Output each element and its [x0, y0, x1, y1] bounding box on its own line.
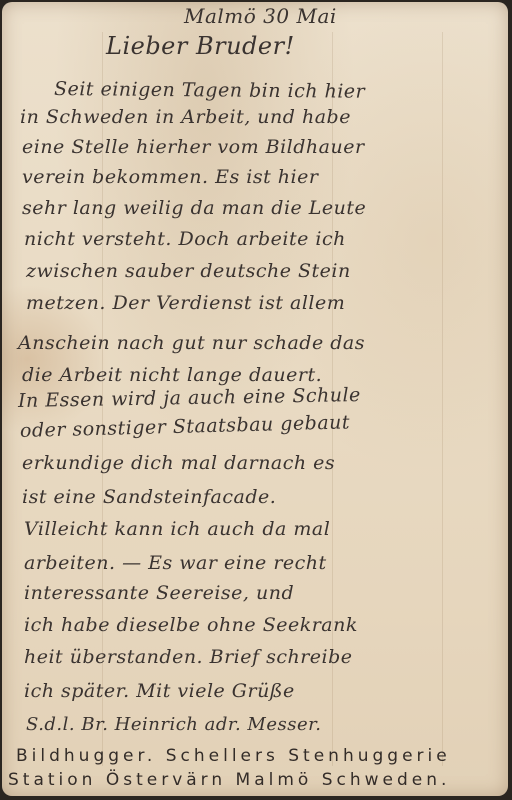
address-line: Bildhugger. Schellers Stenhuggerie [16, 746, 451, 766]
body-line: Seit einigen Tagen bin ich hier [54, 78, 365, 103]
body-line: interessante Seereise, und [24, 582, 294, 604]
body-line: ist eine Sandsteinfacade. [22, 486, 276, 508]
place-date: Malmö 30 Mai [184, 4, 337, 28]
body-line: nicht versteht. Doch arbeite ich [24, 228, 346, 250]
body-line: heit überstanden. Brief schreibe [24, 646, 353, 668]
address-line: Station Östervärn Malmö Schweden. [8, 770, 450, 790]
body-line: in Schweden in Arbeit, und habe [20, 106, 351, 128]
signature-line: S.d.l. Br. Heinrich adr. Messer. [26, 714, 322, 735]
body-line: ich habe dieselbe ohne Seekrank [24, 614, 358, 636]
body-line: ich später. Mit viele Grüße [24, 680, 295, 702]
body-line: arbeiten. — Es war eine recht [24, 552, 327, 574]
body-line: sehr lang weilig da man die Leute [22, 197, 366, 219]
body-line: Villeicht kann ich auch da mal [24, 518, 330, 540]
body-line: zwischen sauber deutsche Stein [26, 260, 351, 282]
body-line: oder sonstiger Staatsbau gebaut [20, 411, 351, 442]
body-line: verein bekommen. Es ist hier [22, 166, 318, 188]
salutation: Lieber Bruder! [106, 32, 295, 60]
postcard: Malmö 30 Mai Lieber Bruder! Seit einigen… [2, 2, 508, 796]
body-line: eine Stelle hierher vom Bildhauer [22, 136, 365, 158]
body-line: erkundige dich mal darnach es [22, 452, 335, 474]
body-line: In Essen wird ja auch eine Schule [18, 384, 361, 412]
body-line: Anschein nach gut nur schade das [18, 332, 365, 354]
faint-ruling [442, 32, 443, 766]
body-line: metzen. Der Verdienst ist allem [26, 292, 345, 314]
body-line: die Arbeit nicht lange dauert. [22, 364, 322, 386]
